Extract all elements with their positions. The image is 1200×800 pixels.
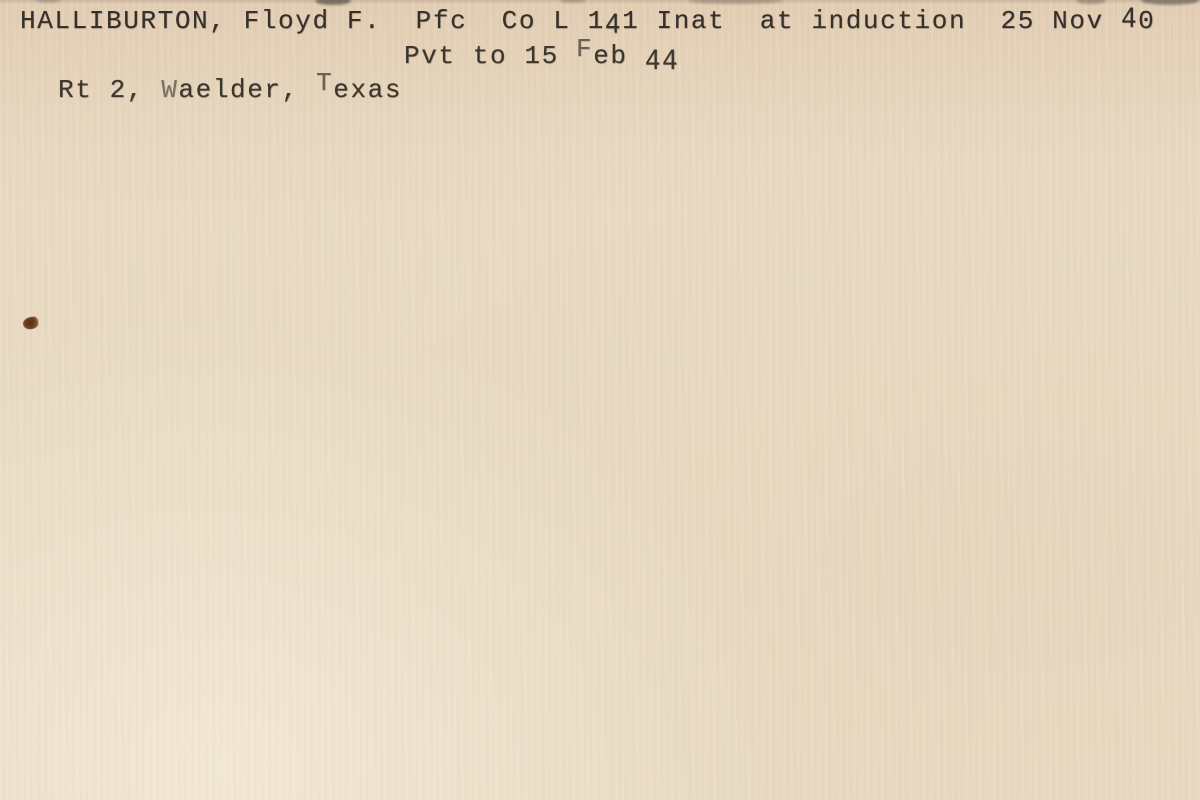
scanned-index-card: HALLIBURTON, Floyd F. Pfc Co L 141 Inat …: [0, 0, 1200, 800]
typed-line-name-rank-unit-date: HALLIBURTON, Floyd F. Pfc Co L 141 Inat …: [20, 6, 1155, 36]
typed-text-segment: aelder,: [178, 75, 316, 105]
typed-text-segment: F: [576, 34, 593, 64]
typed-line-rank-change: Pvt to 15 Feb 44: [404, 41, 679, 71]
typed-text-segment: W: [161, 75, 178, 105]
top-edge-smudge: [315, 0, 351, 5]
scan-top-edge-shadow: [0, 0, 1200, 4]
typed-text-segment: exas: [333, 75, 402, 105]
typed-text-segment: HALLIBURTON, Floyd F. Pfc Co L 1: [20, 6, 605, 36]
typed-line-address: Rt 2, Waelder, Texas: [58, 75, 402, 105]
top-edge-smudge: [1141, 0, 1199, 5]
typed-text-segment: 1 Inat at induction 25 Nov: [622, 6, 1121, 36]
typed-text-segment: Rt 2,: [58, 75, 161, 105]
typed-text-segment: 0: [1138, 6, 1155, 36]
ink-speck: [22, 315, 41, 330]
typed-text-segment: 4: [605, 9, 622, 42]
typed-text-segment: Pvt to 15: [404, 41, 576, 71]
typed-text-segment: T: [316, 68, 333, 98]
typed-text-segment: 4: [1121, 2, 1138, 36]
typed-text-segment: eb: [593, 41, 645, 71]
typed-text-segment: 44: [645, 44, 679, 78]
